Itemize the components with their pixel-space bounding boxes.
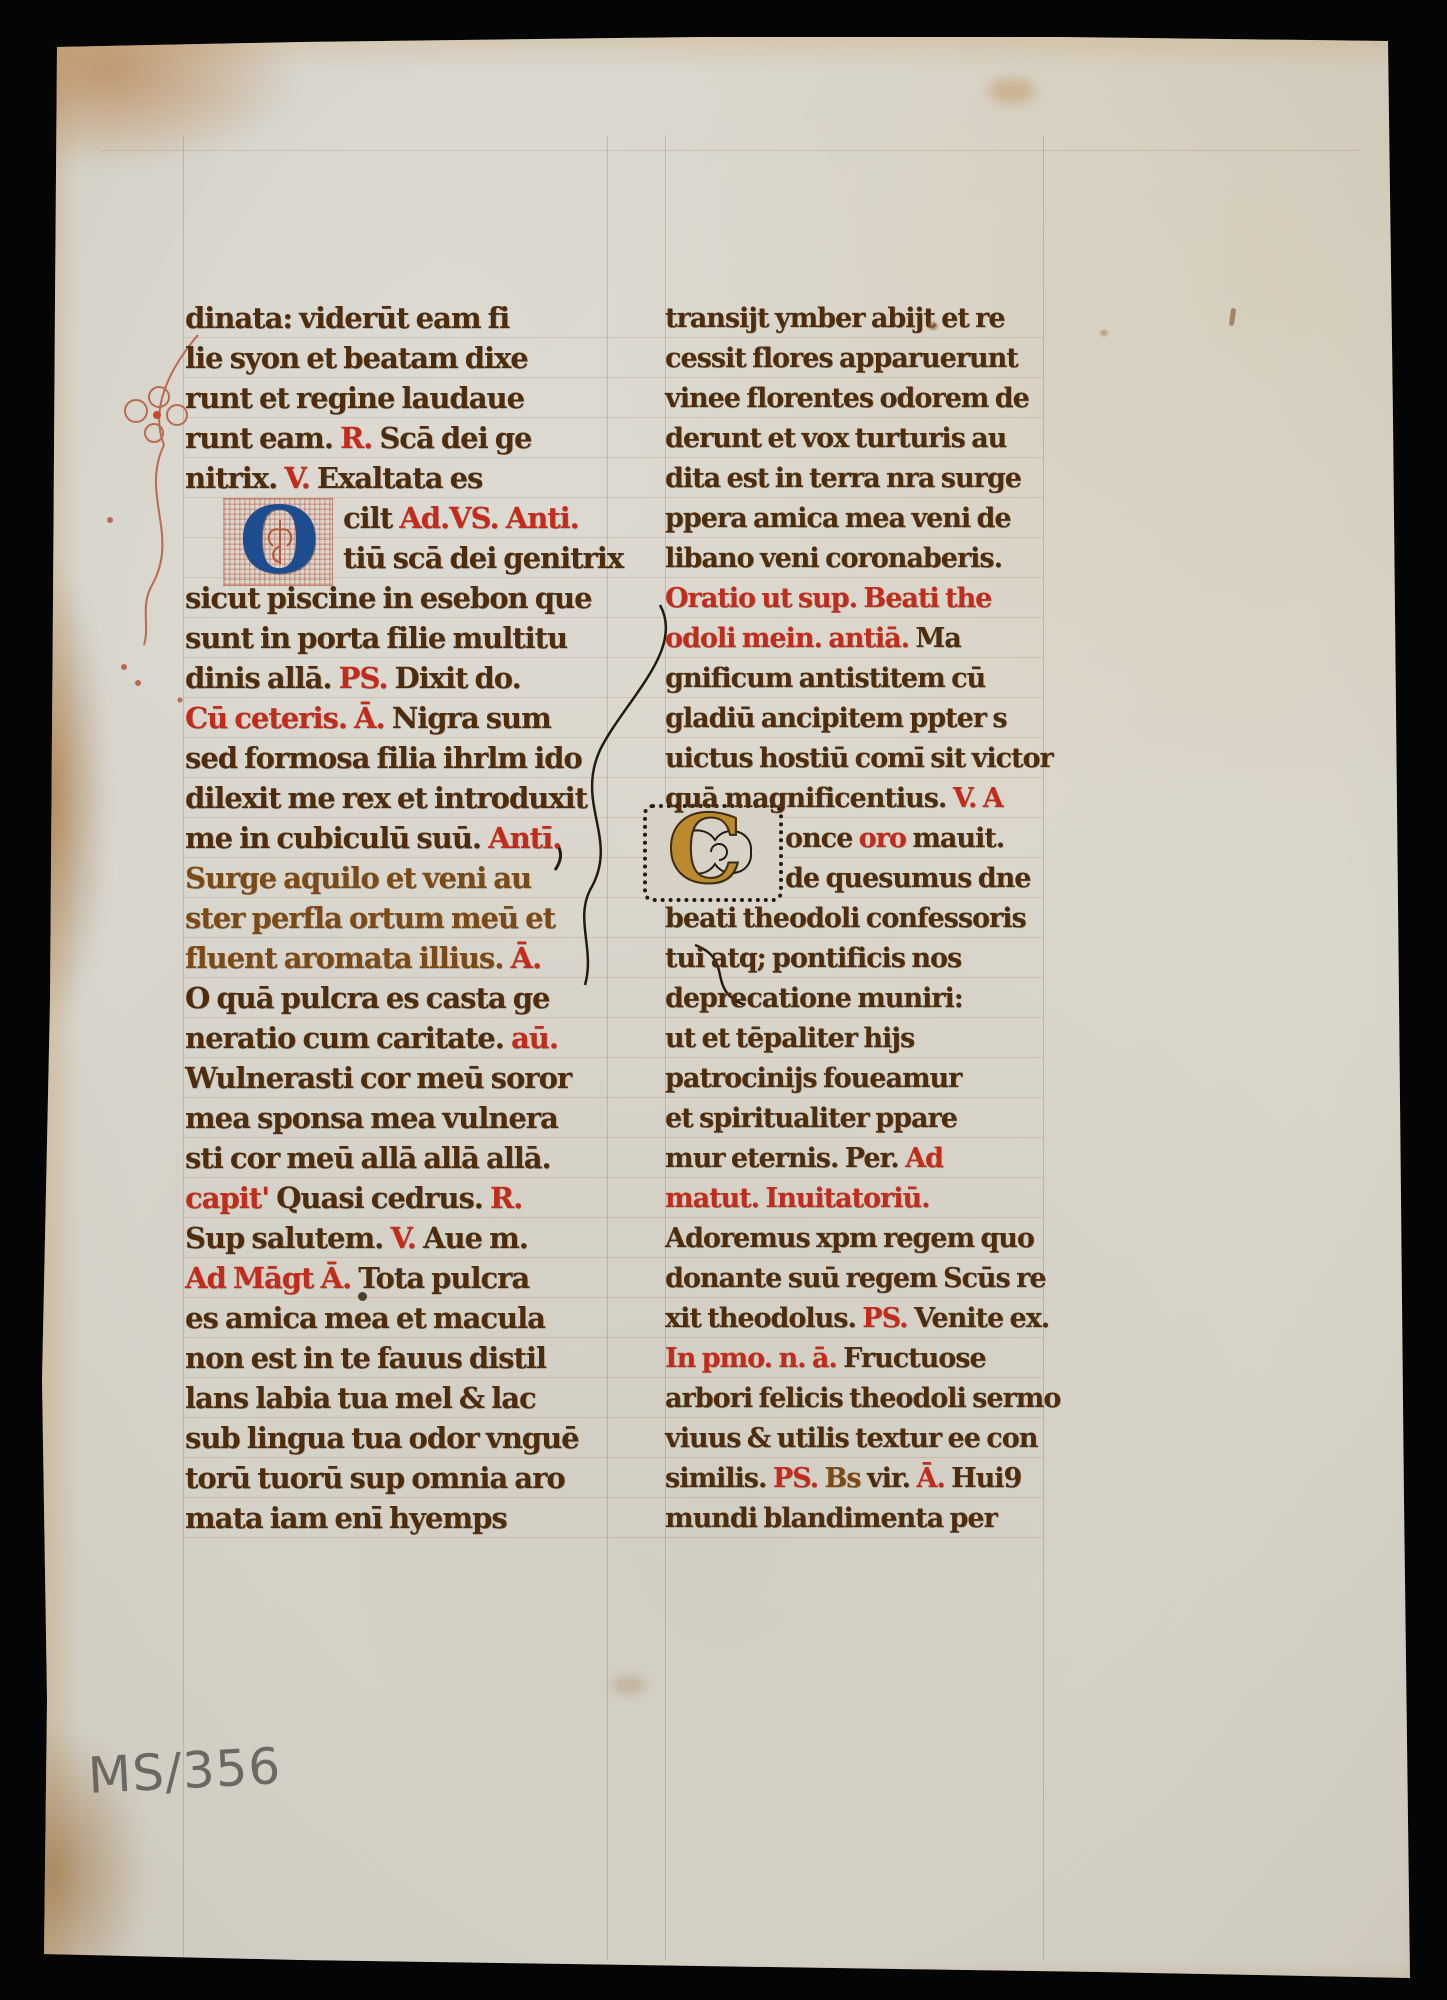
text-line: dilexit me rex et introduxit bbox=[185, 780, 587, 820]
text-run: tiū scā dei genitrix bbox=[343, 541, 623, 575]
text-line: ster perfla ortum meū et bbox=[185, 900, 555, 940]
text-run: Sup salutem. bbox=[185, 1221, 390, 1255]
text-run: beati theodoli confessoris bbox=[665, 903, 1026, 934]
text-run: oro bbox=[859, 823, 913, 854]
text-run: Ā. bbox=[916, 1463, 951, 1494]
text-line: libano veni coronaberis. bbox=[665, 540, 1002, 580]
toasted-edge-top-left bbox=[40, 30, 300, 170]
text-run: Wulnerasti cor meū soror bbox=[185, 1061, 571, 1095]
text-run: gnificum antistitem cū bbox=[665, 663, 985, 694]
text-run: derunt et vox turturis au bbox=[665, 423, 1006, 454]
text-run: R. bbox=[490, 1181, 522, 1215]
text-line: sed formosa filia ihrlm ido bbox=[185, 740, 582, 780]
text-line: dinata: viderūt eam fi bbox=[185, 300, 509, 340]
text-line: beati theodoli confessoris bbox=[665, 900, 1026, 940]
text-run: sunt in porta filie multitu bbox=[185, 621, 567, 655]
vertical-ruling-line bbox=[1043, 135, 1044, 1960]
text-run: sti cor meū allā allā allā. bbox=[185, 1141, 551, 1175]
text-run: mata iam enī hyemps bbox=[185, 1501, 507, 1535]
text-run: capit' bbox=[185, 1181, 276, 1215]
stain-spot bbox=[612, 1676, 646, 1694]
text-run: vir. bbox=[867, 1463, 917, 1494]
manuscript-leaf: O C bbox=[0, 0, 1447, 2000]
text-run: matut. Inuitatoriū. bbox=[665, 1183, 930, 1214]
text-run: nitrix. bbox=[185, 461, 284, 495]
text-run: donante suū regem Scūs re bbox=[665, 1263, 1046, 1294]
text-run: Adoremus xpm regem quo bbox=[665, 1223, 1034, 1254]
text-run: tui atq; pontificis nos bbox=[665, 943, 961, 974]
text-line: matut. Inuitatoriū. bbox=[665, 1180, 930, 1220]
text-run: Oratio ut sup. Beati the bbox=[665, 583, 991, 614]
text-run: torū tuorū sup omnia aro bbox=[185, 1461, 565, 1495]
text-run: et spiritualiter ppare bbox=[665, 1103, 957, 1134]
text-run: mur eternis. Per. bbox=[665, 1143, 905, 1174]
text-run: Ad bbox=[905, 1143, 943, 1174]
text-run: Nigra sum bbox=[392, 701, 551, 735]
text-run: mea sponsa mea vulnera bbox=[185, 1101, 558, 1135]
text-line: In pmo. n. ā. Fructuose bbox=[665, 1340, 986, 1380]
text-line: neratio cum caritate. aū. bbox=[185, 1020, 558, 1060]
text-run: Ma bbox=[915, 623, 960, 654]
text-run: uictus hostiū comī sit victor bbox=[665, 743, 1053, 774]
text-run: lans labia tua mel & lac bbox=[185, 1381, 536, 1415]
text-run: dita est in terra nra surge bbox=[665, 463, 1021, 494]
text-run: ut et tēpaliter hijs bbox=[665, 1023, 914, 1054]
initial-o-foliate-infill bbox=[257, 516, 303, 568]
text-line: Surge aquilo et veni au bbox=[185, 860, 531, 900]
text-line: sunt in porta filie multitu bbox=[185, 620, 567, 660]
illuminated-initial-o: O bbox=[223, 498, 333, 586]
text-run: In pmo. n. ā. bbox=[665, 1343, 843, 1374]
text-run: Antī. bbox=[488, 821, 561, 855]
text-line: mata iam enī hyemps bbox=[185, 1500, 507, 1540]
text-line: donante suū regem Scūs re bbox=[665, 1260, 1046, 1300]
text-run: Exaltata es bbox=[317, 461, 482, 495]
text-run: Dixit do. bbox=[395, 661, 521, 695]
text-line: gnificum antistitem cū bbox=[665, 660, 985, 700]
text-line: es amica mea et macula bbox=[185, 1300, 545, 1340]
text-line: Adoremus xpm regem quo bbox=[665, 1220, 1034, 1260]
text-run: dinata: viderūt eam fi bbox=[185, 301, 509, 335]
text-run: non est in te fauus distil bbox=[185, 1341, 546, 1375]
text-line: tiū scā dei genitrix bbox=[343, 540, 623, 580]
text-run: es amica mea et macula bbox=[185, 1301, 545, 1335]
text-run: viuus & utilis textur ee con bbox=[665, 1423, 1037, 1454]
text-run: aū. bbox=[511, 1021, 558, 1055]
text-line: ut et tēpaliter hijs bbox=[665, 1020, 914, 1060]
text-line: lie syon et beatam dixe bbox=[185, 340, 528, 380]
text-line: mundi blandimenta per bbox=[665, 1500, 997, 1540]
text-line: cessit flores apparuerunt bbox=[665, 340, 1018, 380]
text-line: sti cor meū allā allā allā. bbox=[185, 1140, 551, 1180]
text-run: libano veni coronaberis. bbox=[665, 543, 1002, 574]
vertical-ruling-line bbox=[607, 135, 608, 1960]
text-line: dita est in terra nra surge bbox=[665, 460, 1021, 500]
text-line: odoli mein. antiā. Ma bbox=[665, 620, 961, 660]
text-line: sub lingua tua odor vnguē bbox=[185, 1420, 579, 1460]
text-run: V. bbox=[390, 1221, 423, 1255]
text-run: V. A bbox=[953, 783, 1003, 814]
text-line: deprecatione muniri: bbox=[665, 980, 963, 1020]
text-run: Quasi cedrus. bbox=[276, 1181, 490, 1215]
text-line: gladiū ancipitem ppter s bbox=[665, 700, 1007, 740]
text-line: uictus hostiū comī sit victor bbox=[665, 740, 1053, 780]
text-line: fluent aromata illius. Ā. bbox=[185, 940, 541, 980]
text-line: Cū ceteris. Ā. Nigra sum bbox=[185, 700, 551, 740]
text-line: similis. PS. Bs vir. Ā. Hui9 bbox=[665, 1460, 1021, 1500]
text-run: Cū ceteris. Ā. bbox=[185, 701, 392, 735]
text-run: Surge aquilo et veni au bbox=[185, 861, 531, 895]
text-run: Bs bbox=[824, 1463, 866, 1494]
text-line: sicut piscine in esebon que bbox=[185, 580, 592, 620]
text-run: arbori felicis theodoli sermo bbox=[665, 1383, 1060, 1414]
text-run: Tota pulcra bbox=[358, 1261, 529, 1295]
text-run: patrocinijs foueamur bbox=[665, 1063, 961, 1094]
text-run: odoli mein. antiā. bbox=[665, 623, 915, 654]
text-line: runt et regine laudaue bbox=[185, 380, 524, 420]
text-run: sub lingua tua odor vnguē bbox=[185, 1421, 579, 1455]
stain-spot bbox=[928, 322, 938, 330]
text-line: me in cubiculū suū. Antī. bbox=[185, 820, 561, 860]
text-run: fluent aromata illius. bbox=[185, 941, 510, 975]
text-run: Ā. bbox=[510, 941, 541, 975]
text-run: PS. bbox=[862, 1303, 914, 1334]
text-run: ster perfla ortum meū et bbox=[185, 901, 555, 935]
text-run: similis. bbox=[665, 1463, 773, 1494]
text-run: Scā dei ge bbox=[379, 421, 531, 455]
text-run: dinis allā. bbox=[185, 661, 339, 695]
text-line: once oro mauit. bbox=[785, 820, 1004, 860]
text-line: derunt et vox turturis au bbox=[665, 420, 1006, 460]
text-line: Wulnerasti cor meū soror bbox=[185, 1060, 571, 1100]
text-run: gladiū ancipitem ppter s bbox=[665, 703, 1007, 734]
text-run: sicut piscine in esebon que bbox=[185, 581, 592, 615]
text-line: runt eam. R. Scā dei ge bbox=[185, 420, 531, 460]
text-run: cessit flores apparuerunt bbox=[665, 343, 1018, 374]
text-line: Ad Māgt Ā. Tota pulcra bbox=[185, 1260, 529, 1300]
text-line: tui atq; pontificis nos bbox=[665, 940, 961, 980]
text-run: vinee florentes odorem de bbox=[665, 383, 1029, 414]
text-line: torū tuorū sup omnia aro bbox=[185, 1460, 565, 1500]
shelfmark-pencil: MS/356 bbox=[87, 1737, 283, 1805]
text-line: et spiritualiter ppare bbox=[665, 1100, 957, 1140]
text-run: Ad Māgt Ā. bbox=[185, 1261, 358, 1295]
text-run: cilt bbox=[343, 501, 399, 535]
text-run: lie syon et beatam dixe bbox=[185, 341, 528, 375]
text-line: cilt Ad.VS. Anti. bbox=[343, 500, 579, 540]
text-line: non est in te fauus distil bbox=[185, 1340, 546, 1380]
text-run: PS. bbox=[339, 661, 395, 695]
text-line: Sup salutem. V. Aue m. bbox=[185, 1220, 528, 1260]
text-run: de quesumus dne bbox=[785, 863, 1030, 894]
text-line: capit' Quasi cedrus. R. bbox=[185, 1180, 522, 1220]
text-run: Aue m. bbox=[423, 1221, 528, 1255]
top-margin-ruling-line bbox=[100, 150, 1362, 151]
text-run: me in cubiculū suū. bbox=[185, 821, 488, 855]
text-run: O quā pulcra es casta ge bbox=[185, 981, 549, 1015]
text-line: mur eternis. Per. Ad bbox=[665, 1140, 943, 1180]
text-run: quā magnificentius. bbox=[665, 783, 953, 814]
text-run: runt et regine laudaue bbox=[185, 381, 524, 415]
text-run: runt eam. bbox=[185, 421, 340, 455]
stain-spot bbox=[988, 78, 1036, 104]
text-run: ppera amica mea veni de bbox=[665, 503, 1011, 534]
text-run: Venite ex. bbox=[914, 1303, 1049, 1334]
text-run: xit theodolus. bbox=[665, 1303, 862, 1334]
text-line: transijt ymber abijt et re bbox=[665, 300, 1005, 340]
text-line: patrocinijs foueamur bbox=[665, 1060, 961, 1100]
text-line: nitrix. V. Exaltata es bbox=[185, 460, 482, 500]
text-run: sed formosa filia ihrlm ido bbox=[185, 741, 582, 775]
text-run: mauit. bbox=[912, 823, 1004, 854]
text-line: ppera amica mea veni de bbox=[665, 500, 1011, 540]
photo-background: O C bbox=[0, 0, 1447, 2000]
text-run: Ad.VS. Anti. bbox=[399, 501, 579, 535]
text-line: Oratio ut sup. Beati the bbox=[665, 580, 991, 620]
text-line: de quesumus dne bbox=[785, 860, 1030, 900]
stain-spot bbox=[1100, 330, 1108, 336]
text-line: viuus & utilis textur ee con bbox=[665, 1420, 1037, 1460]
stain-spot bbox=[358, 1292, 367, 1301]
text-run: once bbox=[785, 823, 859, 854]
text-run: Hui9 bbox=[951, 1463, 1021, 1494]
text-run: deprecatione muniri: bbox=[665, 983, 963, 1014]
text-line: dinis allā. PS. Dixit do. bbox=[185, 660, 521, 700]
text-run: R. bbox=[340, 421, 379, 455]
text-line: vinee florentes odorem de bbox=[665, 380, 1029, 420]
text-run: transijt ymber abijt et re bbox=[665, 303, 1005, 334]
text-run: mundi blandimenta per bbox=[665, 1503, 997, 1534]
text-run: dilexit me rex et introduxit bbox=[185, 781, 587, 815]
text-line: mea sponsa mea vulnera bbox=[185, 1100, 558, 1140]
text-run: V. bbox=[284, 461, 317, 495]
text-run: PS. bbox=[773, 1463, 825, 1494]
text-line: lans labia tua mel & lac bbox=[185, 1380, 536, 1420]
text-line: arbori felicis theodoli sermo bbox=[665, 1380, 1060, 1420]
text-line: xit theodolus. PS. Venite ex. bbox=[665, 1300, 1049, 1340]
text-run: neratio cum caritate. bbox=[185, 1021, 511, 1055]
text-run: Fructuose bbox=[843, 1343, 985, 1374]
text-line: quā magnificentius. V. A bbox=[665, 780, 1003, 820]
text-line: O quā pulcra es casta ge bbox=[185, 980, 549, 1020]
